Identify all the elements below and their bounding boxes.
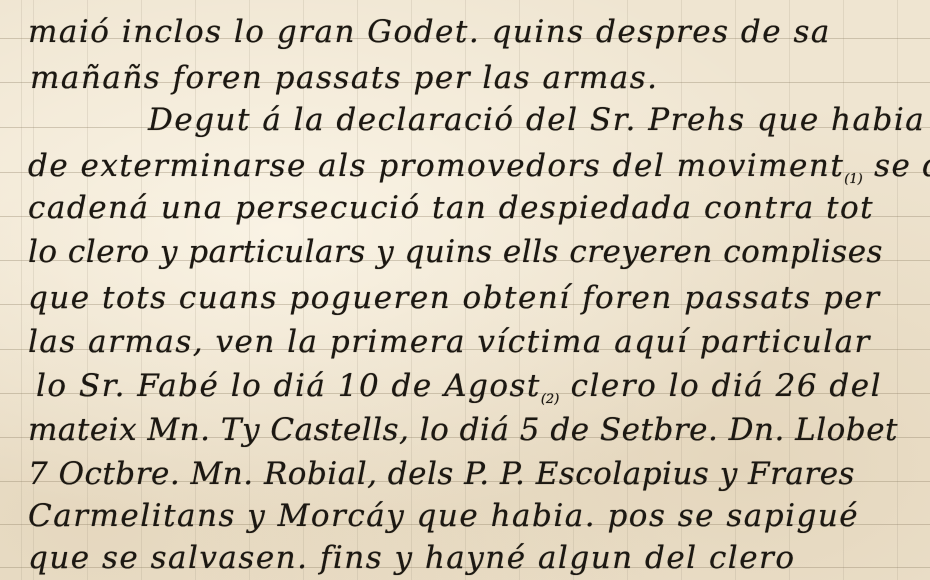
text-line-5: cadená una persecució tan despiedada con… [28, 188, 930, 228]
text-line-8: las armas, ven la primera víctima aquí p… [28, 322, 930, 362]
text-line-7: que tots cuans pogueren obtení foren pas… [28, 278, 930, 318]
text-line-1: maió inclos lo gran Godet. quins despres… [28, 12, 930, 52]
line-text: lo clero y particulars y quins ells crey… [28, 232, 883, 272]
text-line-12: Carmelitans y Morcáy que habia. pos se s… [28, 496, 930, 536]
line-text: maió inclos lo gran Godet. quins despres… [28, 12, 831, 52]
line-text: mañañs foren passats per las armas. [30, 58, 658, 98]
handwritten-text: maió inclos lo gran Godet. quins despres… [0, 0, 930, 580]
line-text: que se salvasen. fins y hayné algun del … [28, 538, 796, 578]
line-text: Degut á la declaració del Sr. Prehs que … [148, 100, 925, 140]
line-text: las armas, ven la primera víctima aquí p… [28, 322, 871, 362]
line-text: que tots cuans pogueren obtení foren pas… [28, 278, 881, 318]
text-line-11: 7 Octbre. Mn. Robial, dels P. P. Escolap… [28, 454, 930, 494]
text-line-2: mañañs foren passats per las armas. [30, 58, 930, 98]
line-text: lo Sr. Fabé lo diá 10 de Agost [36, 366, 541, 406]
line-text: cadená una persecució tan despiedada con… [28, 188, 874, 228]
line-text: 7 Octbre. Mn. Robial, dels P. P. Escolap… [28, 454, 855, 494]
text-line-13: que se salvasen. fins y hayné algun del … [28, 538, 930, 578]
text-line-3: Degut á la declaració del Sr. Prehs que … [148, 100, 930, 140]
line-text: de exterminarse als promovedors del movi… [28, 146, 844, 186]
line-text-continued: clero lo diá 26 del [571, 366, 882, 406]
line-text-continued: se desen [874, 146, 930, 186]
line-text: Carmelitans y Morcáy que habia. pos se s… [28, 496, 859, 536]
line-text: mateix Mn. Ty Castells, lo diá 5 de Setb… [28, 410, 898, 450]
text-line-6: lo clero y particulars y quins ells crey… [28, 232, 930, 272]
manuscript-page: maió inclos lo gran Godet. quins despres… [0, 0, 930, 580]
text-line-10: mateix Mn. Ty Castells, lo diá 5 de Setb… [28, 410, 930, 450]
